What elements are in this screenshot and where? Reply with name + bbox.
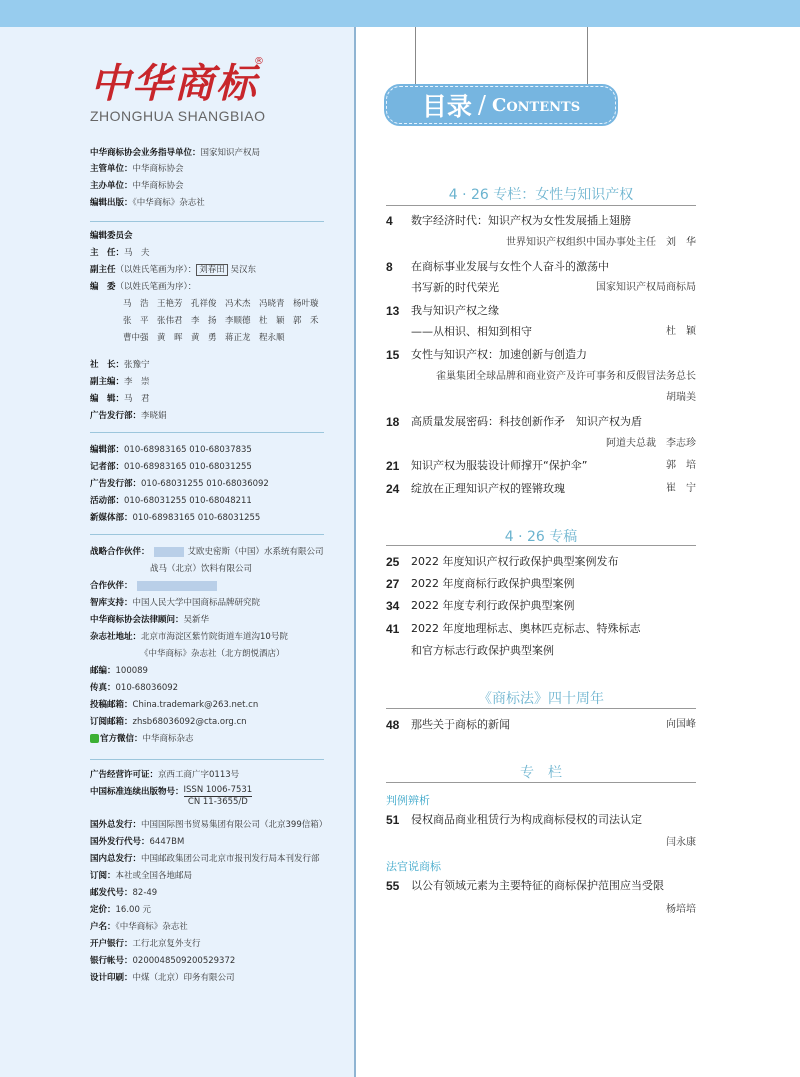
ad-license: 广告经营许可证：京西工商广字0113号 <box>90 768 239 783</box>
toc-author: 闫永康 <box>386 834 696 852</box>
toc-author: 雀巢集团全球品牌和商业资产及许可事务和反假冒法务总长 <box>386 368 696 386</box>
banner-slash: / <box>478 91 486 119</box>
org-row: 中华商标协会业务指导单位：国家知识产权局 <box>90 146 260 161</box>
section-line <box>386 782 696 783</box>
ao-smith-logo <box>154 547 184 557</box>
toc-author: 世界知识产权组织中国办事处主任 刘 华 <box>386 234 696 252</box>
staff-row: 编 辑：马 君 <box>90 392 150 407</box>
toc-item[interactable]: 55以公有领域元素为主要特征的商标保护范围应当受限 <box>386 877 696 895</box>
publishing-row: 开户银行：工行北京复外支行 <box>90 937 201 952</box>
column-subhead: 法官说商标 <box>386 858 441 874</box>
toc-item[interactable]: 4数字经济时代：知识产权为女性发展插上翅膀 <box>386 212 696 230</box>
toc-author: 杨培培 <box>386 901 696 919</box>
toc-item[interactable]: 252022 年度知识产权行政保护典型案例发布 <box>386 553 696 571</box>
section-title: 专 栏 <box>386 762 696 782</box>
phone-row: 活动部：010-68031255 010-68048211 <box>90 494 252 509</box>
fax: 传真：010-68036092 <box>90 681 178 696</box>
contents-banner: 目录 / Contents <box>386 86 616 124</box>
strategic-partner: 战略合作伙伴：艾欧史密斯（中国）水系统有限公司 <box>90 545 324 560</box>
zip: 邮编：100089 <box>90 664 148 679</box>
committee-members: 马 浩王艳芳孔祥俊冯术杰冯晓青杨叶璇 张 平张伟君李 扬李顺德杜 颖郭 禾 曹中… <box>123 296 327 347</box>
publishing-row: 国外发行代号：6447BM <box>90 835 184 850</box>
legal-counsel: 中华商标协会法律顾问：吴新华 <box>90 613 209 628</box>
staff-row: 副主编：李 崇 <box>90 375 150 390</box>
org-row: 编辑出版：《中华商标》杂志社 <box>90 196 205 211</box>
toc-item[interactable]: 48那些关于商标的新闻向国峰 <box>386 716 696 734</box>
wechat: 官方微信：中华商标杂志 <box>90 732 194 747</box>
staff-row: 广告发行部：李晓娟 <box>90 409 167 424</box>
registered-mark: ® <box>254 56 264 67</box>
subscription-email: 订阅邮箱：zhsb68036092@cta.org.cn <box>90 715 247 730</box>
toc-item[interactable]: 8在商标事业发展与女性个人奋斗的激荡中 <box>386 258 696 276</box>
partner: 合作伙伴： <box>90 579 221 594</box>
org-row: 主管单位：中华商标协会 <box>90 162 184 177</box>
address: 杂志社地址：北京市海淀区紫竹院街道车道沟10号院 <box>90 630 288 645</box>
top-band <box>0 0 800 27</box>
toc-item[interactable]: 21知识产权为服装设计师撑开“保护伞”郭 培 <box>386 457 696 475</box>
magazine-logo-english: ZHONGHUA SHANGBIAO <box>90 108 265 124</box>
wechat-icon <box>90 734 99 743</box>
toc-item-cont: 和官方标志行政保护典型案例 <box>386 642 696 660</box>
banner-title-en: Contents <box>492 95 580 116</box>
toc-item[interactable]: 51侵权商品商业租赁行为构成商标侵权的司法认定 <box>386 811 696 829</box>
column-subhead: 判例辨析 <box>386 792 430 808</box>
submission-email: 投稿邮箱：China.trademark@263.net.cn <box>90 698 258 713</box>
address-2: 《中华商标》杂志社（北方朗悦酒店） <box>140 647 285 662</box>
publishing-row: 国外总发行：中国国际图书贸易集团有限公司（北京399信箱） <box>90 818 327 833</box>
toc-item[interactable]: 342022 年度专利行政保护典型案例 <box>386 597 696 615</box>
section-line <box>386 545 696 546</box>
toc-item-cont: 书写新的时代荣光国家知识产权局商标局 <box>386 279 696 297</box>
committee-members-label: 编 委（以姓氏笔画为序）： <box>90 280 196 295</box>
section-title: 《商标法》四十周年 <box>386 688 696 708</box>
section-title: 4 · 26 专栏：女性与知识产权 <box>386 184 696 204</box>
publishing-row: 银行帐号：0200048509200529372 <box>90 954 235 969</box>
toc-item[interactable]: 24绽放在正理知识产权的铿锵玫瑰崔 宁 <box>386 480 696 498</box>
publishing-row: 设计印刷：中煤（北京）印务有限公司 <box>90 971 235 986</box>
toc-item[interactable]: 15女性与知识产权：加速创新与创造力 <box>386 346 696 364</box>
staff-row: 社 长：张豫宁 <box>90 358 150 373</box>
law-office-logo <box>137 581 217 591</box>
hanger-line <box>415 27 416 87</box>
toc-item[interactable]: 18高质量发展密码：科技创新作矛 知识产权为盾 <box>386 413 696 431</box>
divider-line <box>90 534 324 535</box>
committee-vice: 副主任（以姓氏笔画为序）：刘春田 吴汉东 <box>90 263 256 278</box>
publishing-row: 订阅：本社或全国各地邮局 <box>90 869 192 884</box>
committee-title: 编辑委员会 <box>90 229 133 244</box>
publishing-row: 邮发代号：82-49 <box>90 886 157 901</box>
phone-row: 记者部：010-68983165 010-68031255 <box>90 460 252 475</box>
publishing-row: 户名：《中华商标》杂志社 <box>90 920 188 935</box>
section-line <box>386 708 696 709</box>
toc-item[interactable]: 13我与知识产权之缘 <box>386 302 696 320</box>
toc-item[interactable]: 272022 年度商标行政保护典型案例 <box>386 575 696 593</box>
strategic-partner-2: 战马（北京）饮料有限公司 <box>150 562 252 577</box>
phone-row: 新媒体部：010-68983165 010-68031255 <box>90 511 260 526</box>
committee-director: 主 任：马 夫 <box>90 246 150 261</box>
publishing-row: 定价：16.00 元 <box>90 903 151 918</box>
section-title: 4 · 26 专稿 <box>386 526 696 546</box>
toc-author: 阿道夫总裁 李志珍 <box>386 435 696 453</box>
hanger-line <box>587 27 588 87</box>
divider-line <box>90 221 324 222</box>
magazine-logo: 中华商标 <box>90 52 258 109</box>
section-line <box>386 205 696 206</box>
org-row: 主办单位：中华商标协会 <box>90 179 184 194</box>
toc-author: 胡瑞美 <box>386 389 696 407</box>
toc-item-cont: ——从相识、相知到相守杜 颖 <box>386 323 696 341</box>
banner-title-cn: 目录 <box>422 87 472 123</box>
divider-line <box>90 759 324 760</box>
toc-item[interactable]: 412022 年度地理标志、奥林匹克标志、特殊标志 <box>386 620 696 638</box>
serial-number: 中国标准连续出版物号：ISSN 1006-7531CN 11-3655/D <box>90 785 252 808</box>
phone-row: 编辑部：010-68983165 010-68037835 <box>90 443 252 458</box>
divider-line <box>90 432 324 433</box>
publishing-row: 国内总发行：中国邮政集团公司北京市报刊发行局本刊发行部 <box>90 852 320 867</box>
think-tank: 智库支持：中国人民大学中国商标品牌研究院 <box>90 596 260 611</box>
phone-row: 广告发行部：010-68031255 010-68036092 <box>90 477 269 492</box>
